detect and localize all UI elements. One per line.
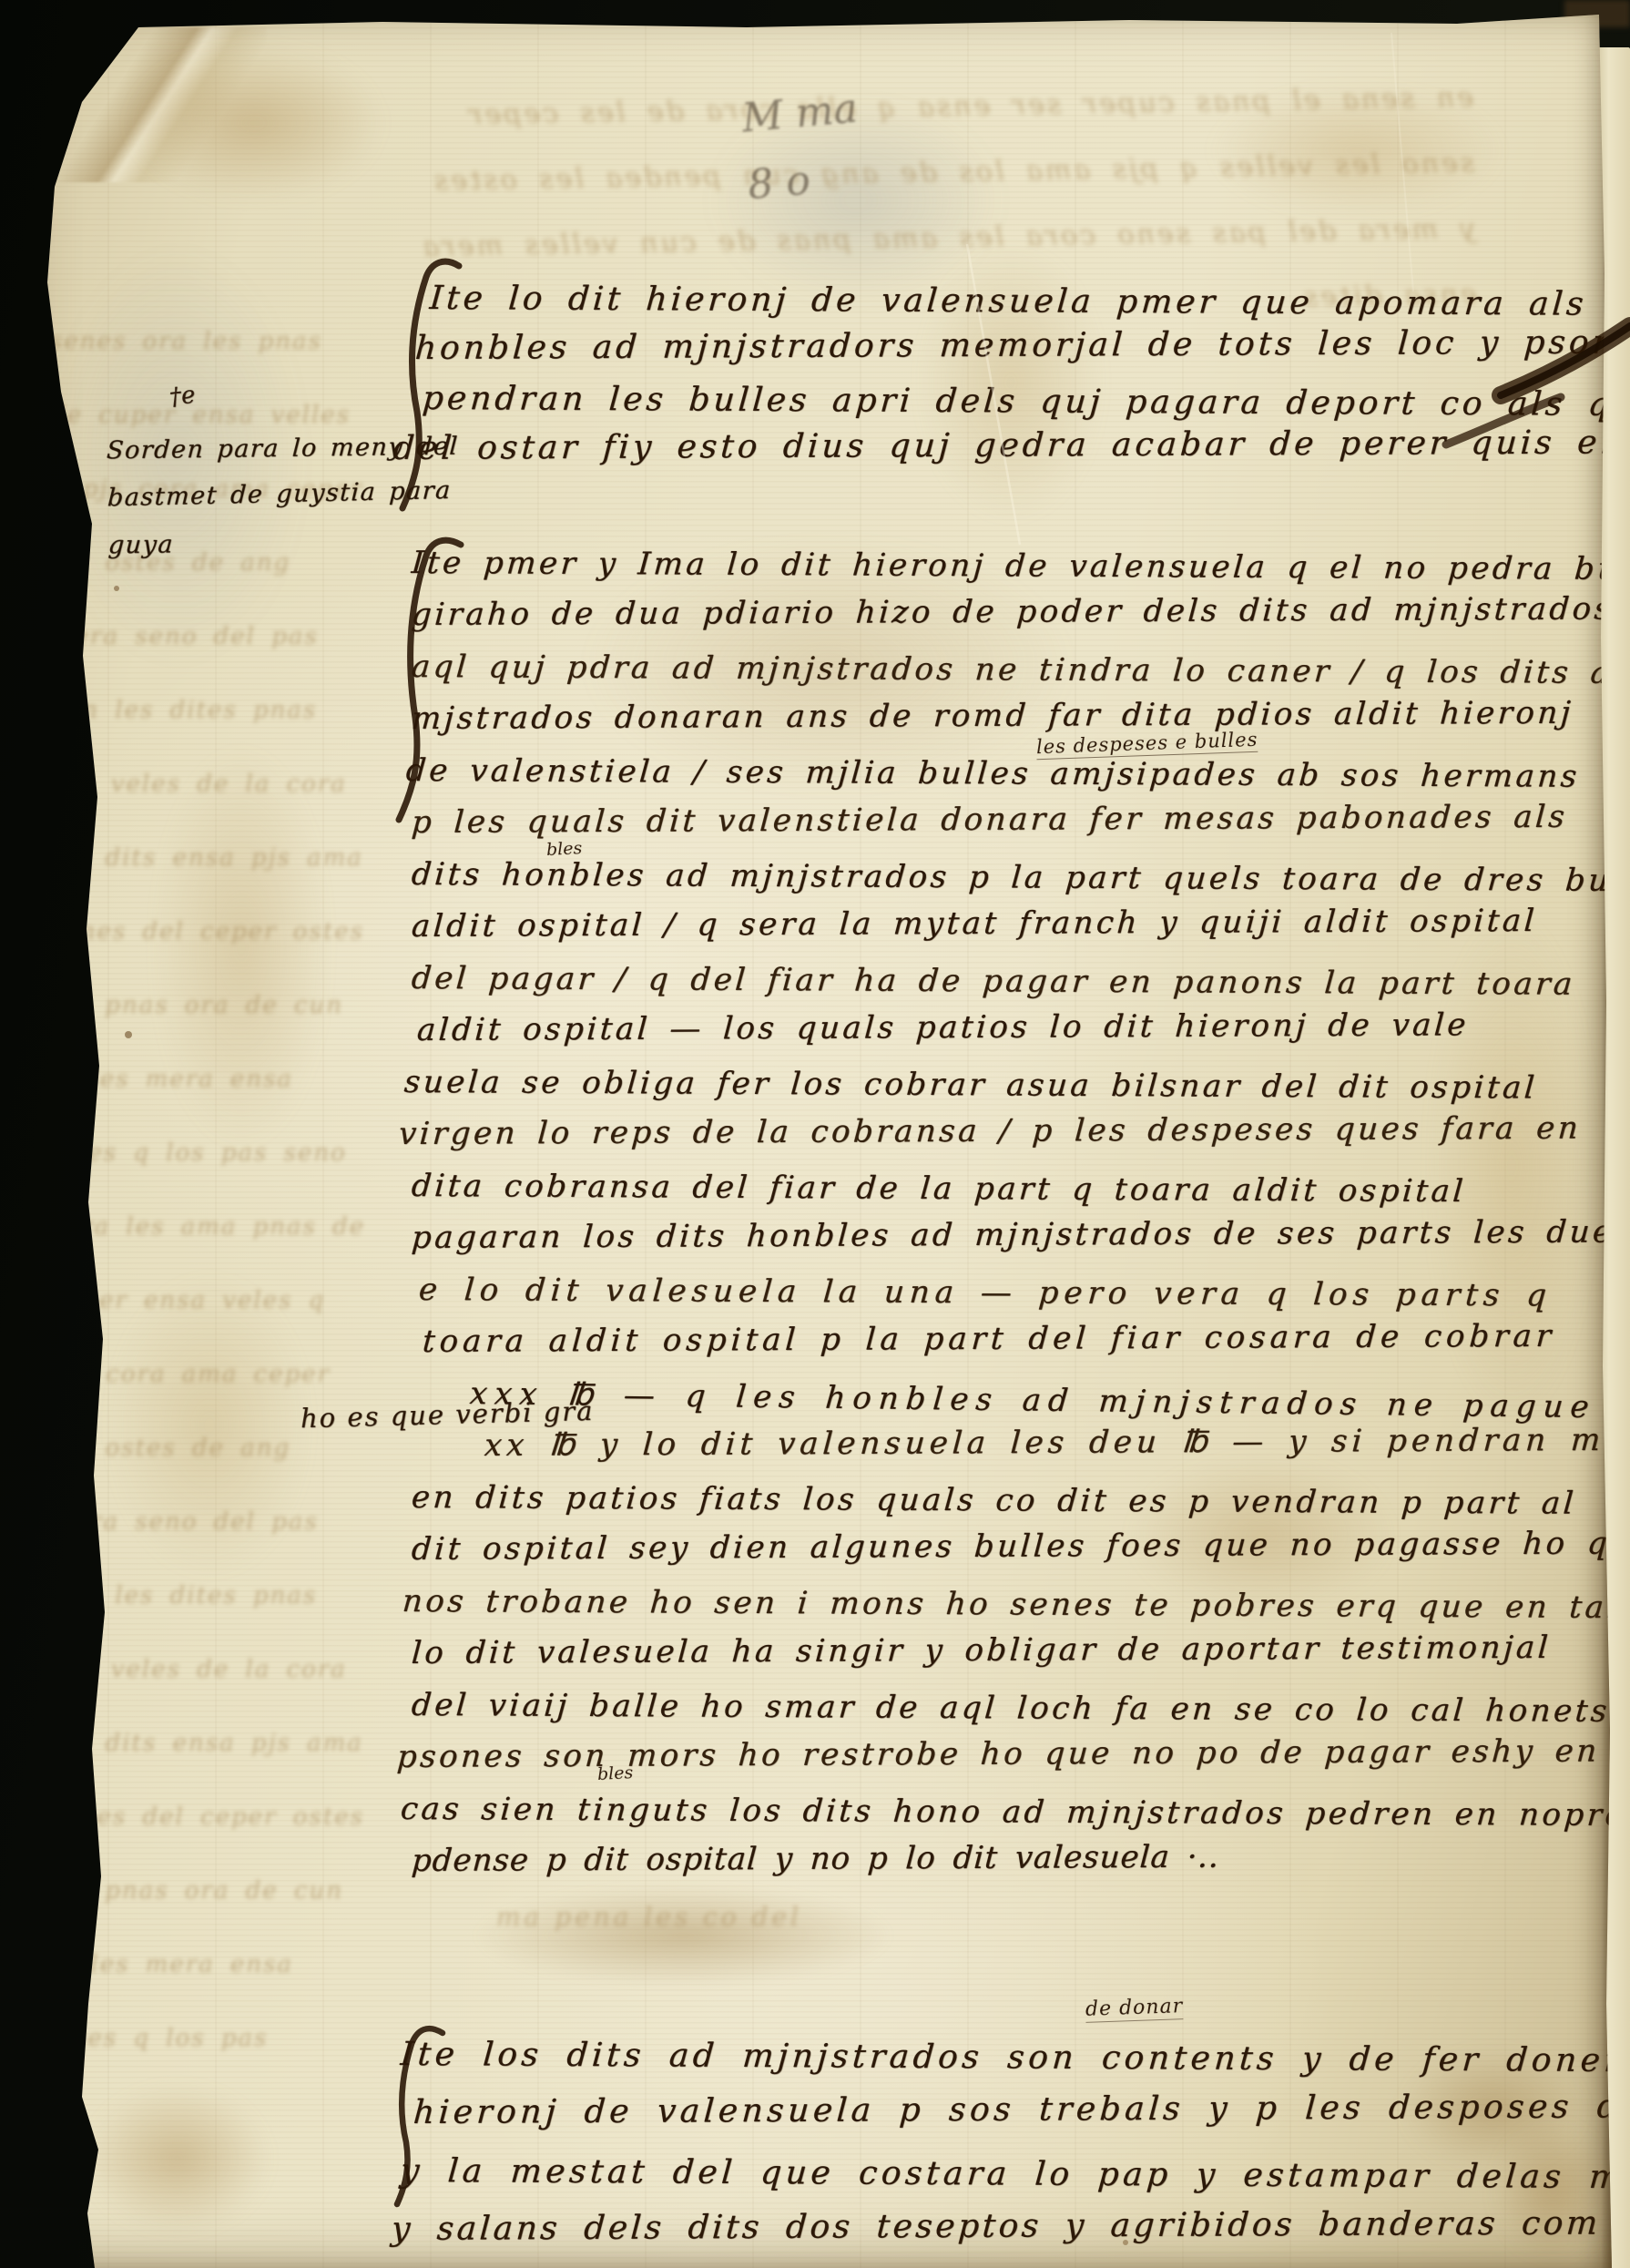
handwritten-text-line: toara aldit ospital p la part del fiar c… (421, 1310, 1630, 1368)
handwritten-text-line: aldit ospital / q sera la mytat franch y… (410, 894, 1630, 953)
handwritten-text-line: bastmet de guystia para (107, 467, 461, 523)
manuscript-page: en sena el pnas cuper ser ensa q ella co… (0, 0, 1614, 2268)
paper-stain (109, 1275, 310, 1576)
bleedthrough-smudge-line: ma pena les co del (496, 1902, 915, 1932)
curled-corner-edge (47, 27, 266, 182)
handwritten-text-line: xx ℔ y lo dit valensuela les deu ℔ — y s… (483, 1414, 1630, 1472)
margin-cross-mark: †e (168, 382, 197, 412)
handwritten-text-line: lo dit valesuela ha singir y obligar de … (410, 1621, 1630, 1680)
bleedthrough-text-left-column: senes ora les pnas de cuper ensa velles … (50, 305, 369, 2076)
handwritten-text-line: guya (107, 518, 462, 570)
handwritten-text-line: aldit ospital — los quals patios lo dit … (415, 998, 1630, 1057)
interlinear-insertion: de donar (1085, 1995, 1184, 2023)
handwritten-text-line: pdense p dit ospital y no p lo dit vales… (410, 1829, 1630, 1887)
paragraph-1: Ite lo dit hieronj de valensuela pmer qu… (415, 273, 1630, 474)
interlinear-superscript: bles (596, 1762, 633, 1784)
paper-stain (155, 747, 328, 1148)
paper-stain (1211, 87, 1503, 214)
handwritten-text-line: honbles ad mjnjstradors memorjal de tots… (413, 316, 1630, 373)
paper-stain (127, 46, 382, 200)
grey-smudge (710, 100, 1002, 301)
interlinear-superscript: bles (545, 838, 582, 860)
handwritten-text-line: hieronj de valensuela p sos trebals y p … (412, 2078, 1630, 2143)
handwritten-text-line: giraho de dua pdiario hizo de poder dels… (410, 583, 1630, 641)
handwritten-text-line: psones son mors ho restrobe ho que no po… (395, 1725, 1630, 1783)
handwritten-text-line: mjstrados donaran ans de romd far dita p… (410, 687, 1630, 745)
paragraph-3: Ite los dits ad mjnjstrados son contents… (401, 2026, 1630, 2259)
handwritten-text-line: del ostar fiy esto dius quj gedra acabar… (392, 416, 1630, 474)
handwritten-text-line: dit ospital sey dien algunes bulles foes… (410, 1517, 1630, 1576)
paper-stain (474, 1885, 892, 1986)
paragraph-2: Ite pmer y Ima lo dit hieronj de valensu… (412, 537, 1630, 1887)
bleedthrough-dark-mark: M ma 8 o (739, 76, 866, 220)
handwritten-text-line: p les quals dit valenstiela donara fer m… (410, 791, 1630, 849)
handwritten-text-line: virgen lo reps de la cobransa / p les de… (397, 1102, 1630, 1160)
manuscript-scan: en sena el pnas cuper ser ensa q ella co… (0, 0, 1630, 2268)
handwritten-text-line: y salans dels dits dos teseptos y agribi… (390, 2193, 1630, 2259)
handwritten-text-line: pagaran los dits honbles ad mjnjstrados … (410, 1206, 1630, 1264)
paper-stain (87, 2086, 269, 2232)
